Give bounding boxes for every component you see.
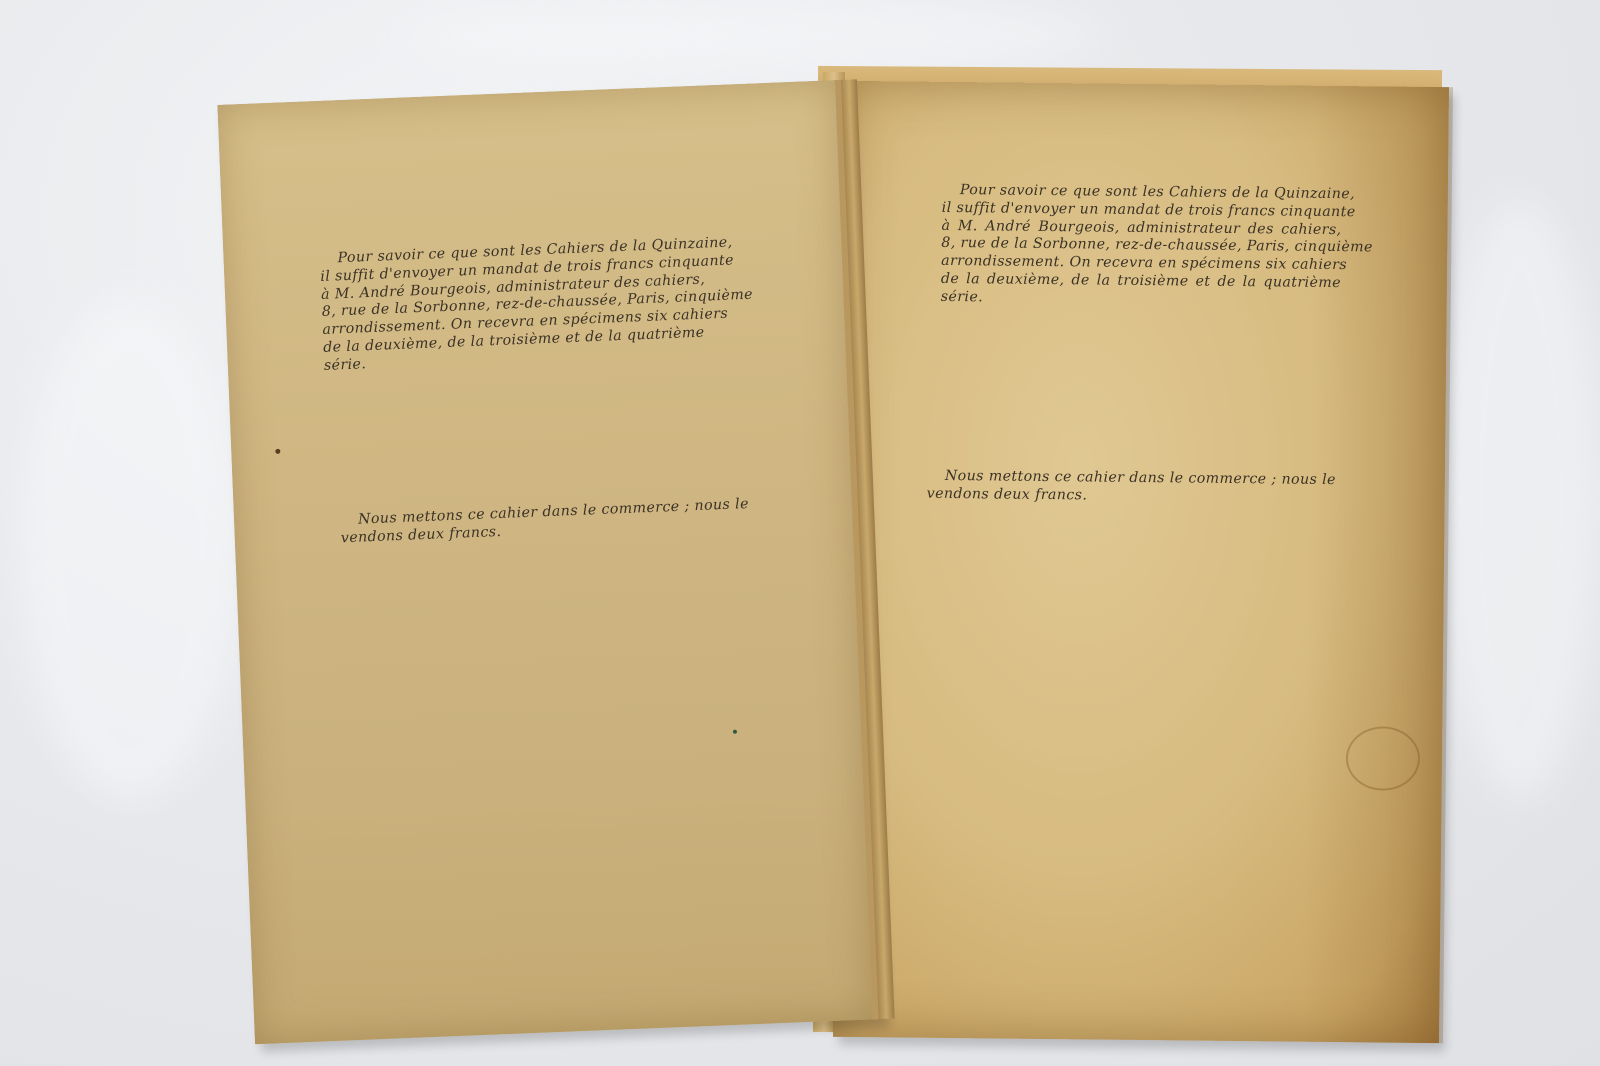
paper-stain [275, 449, 280, 454]
cloth-fold [1440, 200, 1600, 800]
right-subscription-notice: Pour savoir ce que sont les Cahiers de l… [941, 182, 1342, 311]
left-sale-notice: Nous mettons ce cahier dans le commerce … [340, 498, 709, 548]
left-subscription-notice: Pour savoir ce que sont les Cahiers de l… [319, 236, 694, 375]
cloth-fold [400, 0, 1100, 70]
right-sale-notice: Nous mettons ce cahier dans le commerce … [927, 468, 1325, 508]
cloth-fold [20, 300, 240, 800]
left-booklet: Pour savoir ce que sont les Cahiers de l… [217, 80, 882, 1044]
right-booklet: Pour savoir ce que sont les Cahiers de l… [833, 81, 1449, 1043]
paper-stain [733, 730, 737, 734]
